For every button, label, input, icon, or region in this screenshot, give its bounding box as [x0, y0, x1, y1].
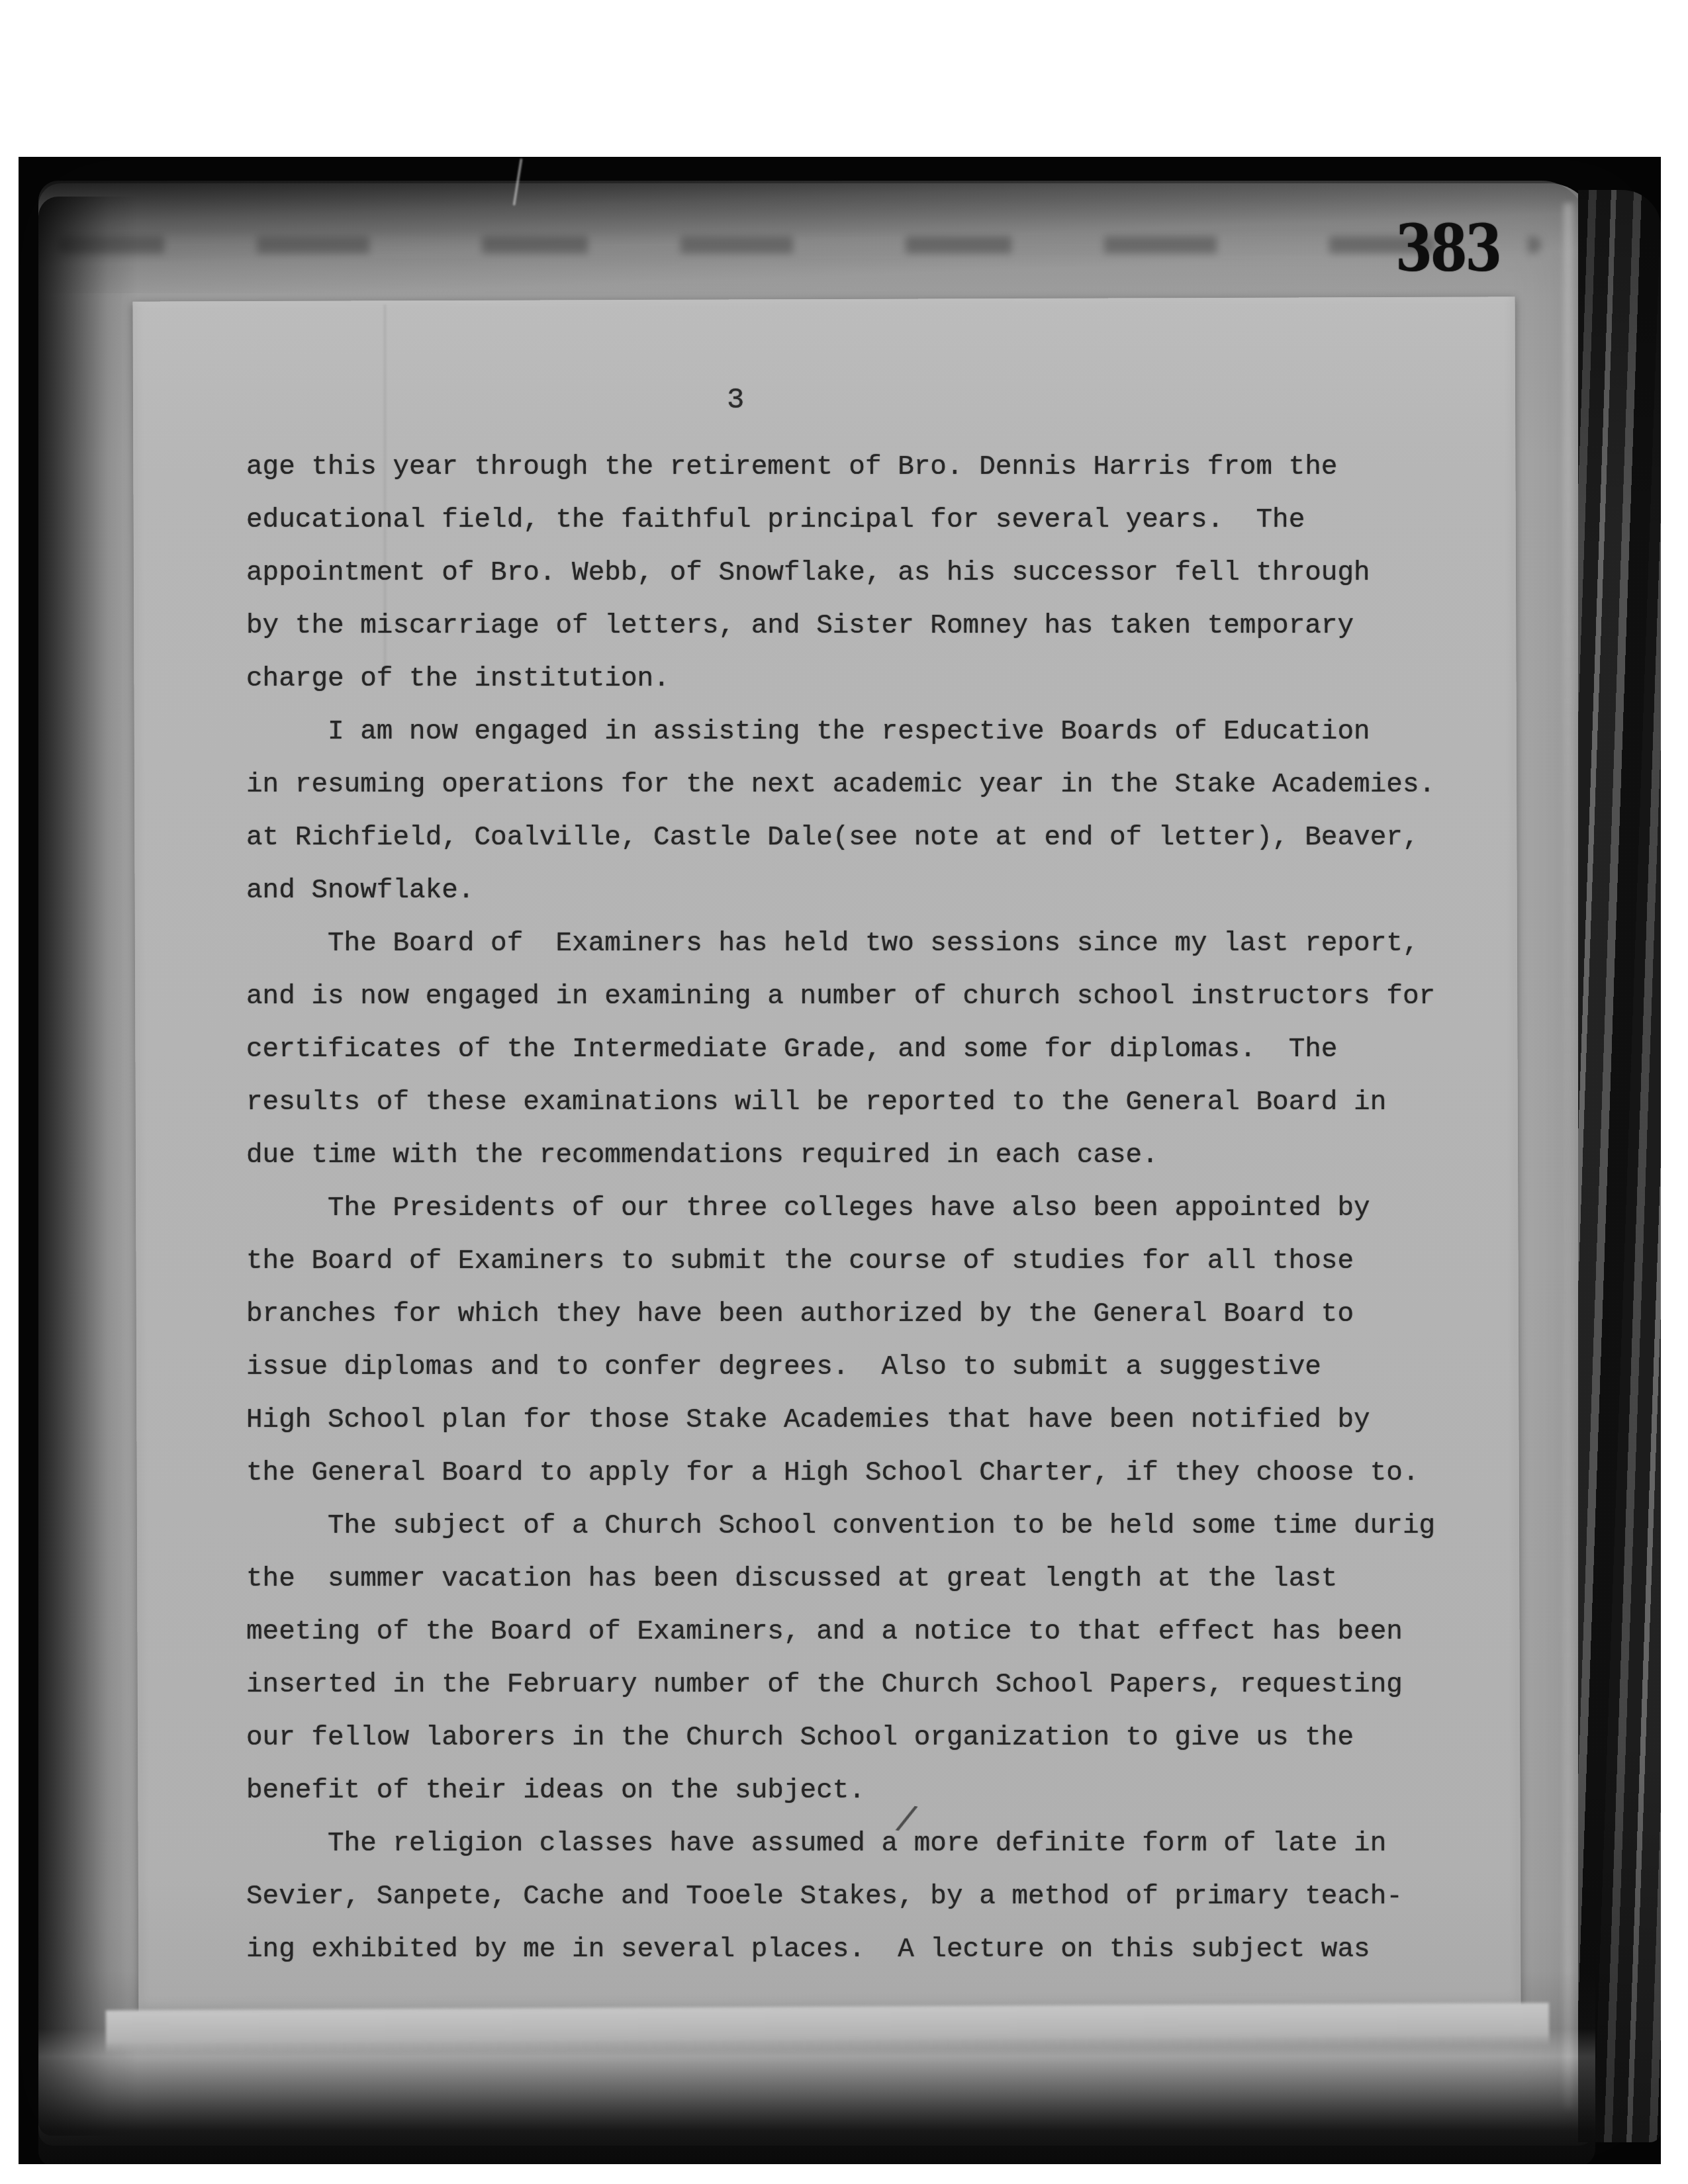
typed-line: branches for which they have been author… [246, 1288, 1504, 1341]
typed-line: our fellow laborers in the Church School… [246, 1711, 1504, 1764]
typed-line: The subject of a Church School conventio… [246, 1500, 1504, 1553]
scanned-document-page: 383 3 age this year through the retireme… [0, 0, 1688, 2184]
typed-line: and Snowflake. [246, 864, 1504, 917]
typed-line: the General Board to apply for a High Sc… [246, 1447, 1504, 1500]
typed-line: Sevier, Sanpete, Cache and Tooele Stakes… [246, 1870, 1504, 1923]
book-fore-edge-pages [1578, 190, 1661, 2142]
typed-line: issue diplomas and to confer degrees. Al… [246, 1341, 1504, 1394]
typed-line: certificates of the Intermediate Grade, … [246, 1023, 1504, 1076]
typed-line: charge of the institution. [246, 653, 1504, 705]
typed-line: The religion classes have assumed a more… [246, 1817, 1504, 1870]
typed-line: benefit of their ideas on the subject. [246, 1764, 1504, 1817]
typed-line: at Richfield, Coalville, Castle Dale(see… [246, 811, 1504, 864]
typed-line: ing exhibited by me in several places. A… [246, 1923, 1504, 1976]
typed-line: High School plan for those Stake Academi… [246, 1394, 1504, 1447]
typed-line: due time with the recommendations requir… [246, 1129, 1504, 1182]
typed-page-number: 3 [727, 384, 744, 417]
typed-line: I am now engaged in assisting the respec… [246, 705, 1504, 758]
book-top-edge-ripple [58, 236, 1541, 253]
underlying-sheet-edge [106, 2003, 1549, 2054]
typed-line: educational field, the faithful principa… [246, 494, 1504, 547]
typed-line: and is now engaged in examining a number… [246, 970, 1504, 1023]
typed-line: in resuming operations for the next acad… [246, 758, 1504, 811]
typed-line: by the miscarriage of letters, and Siste… [246, 600, 1504, 653]
typed-line: appointment of Bro. Webb, of Snowflake, … [246, 547, 1504, 600]
archive-page-stamp: 383 [1395, 210, 1500, 287]
typed-line: the Board of Examiners to submit the cou… [246, 1235, 1504, 1288]
book-gutter-shadow [38, 197, 138, 2136]
typed-text: age this year through the retirement of … [246, 441, 1504, 1976]
typed-line: The Presidents of our three colleges hav… [246, 1182, 1504, 1235]
typed-line: results of these examinations will be re… [246, 1076, 1504, 1129]
typed-line: the summer vacation has been discussed a… [246, 1553, 1504, 1606]
typed-line: meeting of the Board of Examiners, and a… [246, 1606, 1504, 1659]
typed-line: age this year through the retirement of … [246, 441, 1504, 494]
typed-line: inserted in the February number of the C… [246, 1659, 1504, 1711]
book-fold-highlight [1564, 203, 1573, 2109]
typed-line: The Board of Examiners has held two sess… [246, 917, 1504, 970]
